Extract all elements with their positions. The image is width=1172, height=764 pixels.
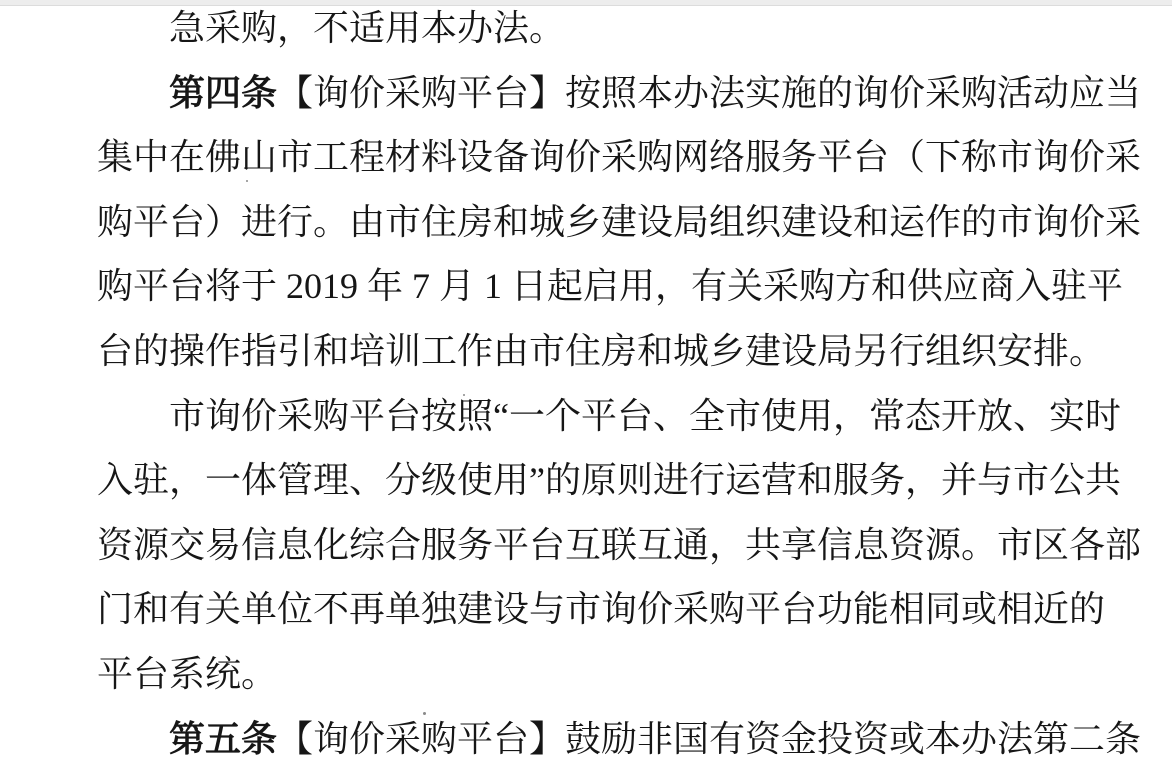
text-line: 台的操作指引和培训工作由市住房和城乡建设局另行组织安排。 [0,319,1172,384]
article-number-bold: 第五条 [169,718,277,759]
text-run: 资源交易信息化综合服务平台互联互通，共享信息资源。市区各部 [97,525,1141,565]
text-line: 第四条【询价采购平台】按照本办法实施的询价采购活动应当 [0,61,1172,126]
text-line: 集中在佛山市工程材料设备询价采购网络服务平台（下称市询价采 [0,125,1172,190]
text-line: 购平台将于 2019 年 7 月 1 日起启用，有关采购方和供应商入驻平 [0,254,1172,319]
text-run: 鼓励非国有资金投资或本办法第二条 [565,719,1141,759]
text-run: 【询价采购平台】 [277,73,565,113]
text-run: 平台系统。 [97,654,277,694]
text-run: 购平台将于 2019 年 7 月 1 日起启用，有关采购方和供应商入驻平 [97,266,1123,306]
scan-noise-speck [246,180,248,182]
text-run: 按照本办法实施的询价采购活动应当 [565,73,1141,113]
text-line: 资源交易信息化综合服务平台互联互通，共享信息资源。市区各部 [0,513,1172,578]
text-line: 入驻，一体管理、分级使用”的原则进行运营和服务，并与市公共 [0,448,1172,513]
text-line: 购平台）进行。由市住房和城乡建设局组织建设和运作的市询价采 [0,190,1172,255]
text-run: 入驻，一体管理、分级使用”的原则进行运营和服务，并与市公共 [97,460,1121,500]
text-line: 门和有关单位不再单独建设与市询价采购平台功能相同或相近的 [0,577,1172,642]
text-run: 台的操作指引和培训工作由市住房和城乡建设局另行组织安排。 [97,331,1105,371]
text-line: 平台系统。 [0,642,1172,707]
text-line: 急采购，不适用本办法。 [0,0,1172,61]
text-run: 急采购，不适用本办法。 [169,8,565,48]
scan-noise-speck [423,712,426,715]
text-run: 集中在佛山市工程材料设备询价采购网络服务平台（下称市询价采 [97,137,1141,177]
scan-noise-speck [463,394,465,396]
text-run: 门和有关单位不再单独建设与市询价采购平台功能相同或相近的 [97,589,1105,629]
text-run: 购平台）进行。由市住房和城乡建设局组织建设和运作的市询价采 [97,202,1141,242]
text-run: 市询价采购平台按照“一个平台、全市使用，常态开放、实时 [169,396,1121,436]
text-line: 第五条【询价采购平台】鼓励非国有资金投资或本办法第二条 [0,707,1172,764]
document-text: 急采购，不适用本办法。第四条【询价采购平台】按照本办法实施的询价采购活动应当集中… [0,0,1172,764]
text-line: 市询价采购平台按照“一个平台、全市使用，常态开放、实时 [0,384,1172,449]
article-number-bold: 第四条 [169,72,277,113]
text-run: 【询价采购平台】 [277,719,565,759]
